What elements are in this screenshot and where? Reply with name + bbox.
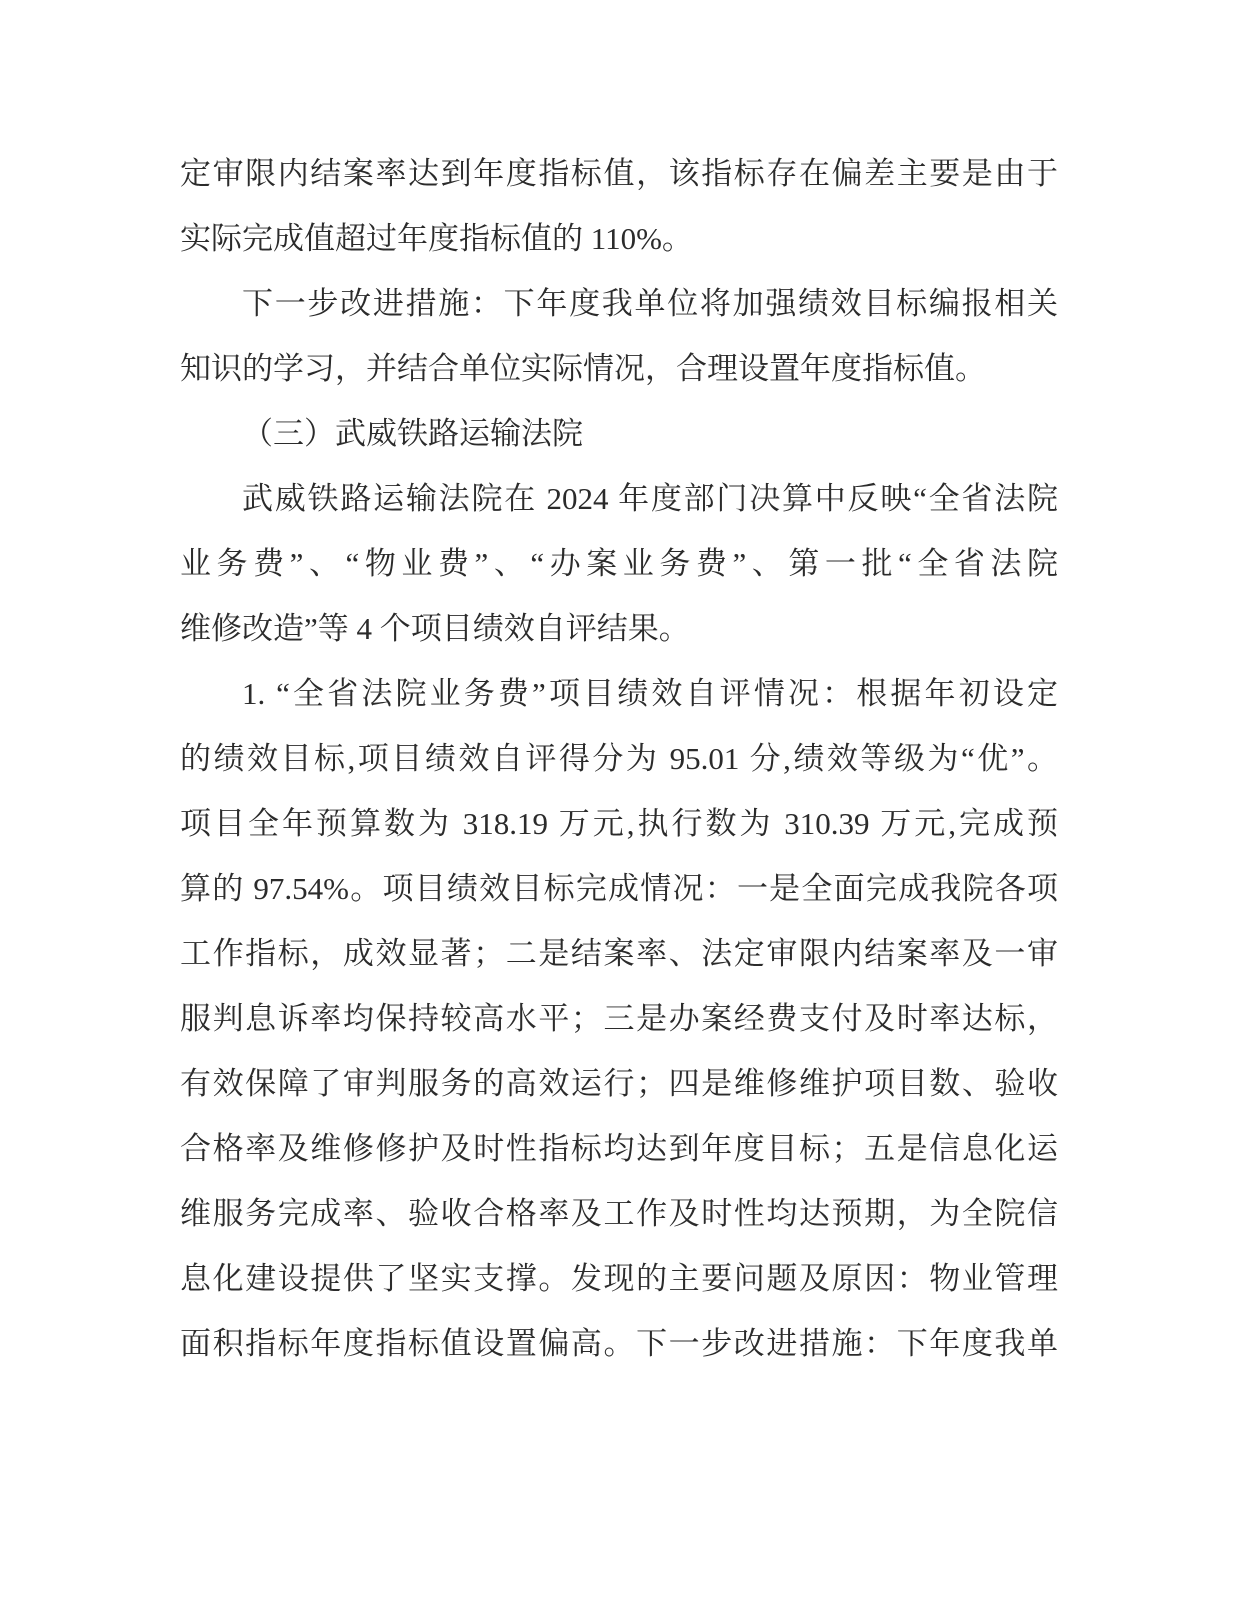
text-block: 定审限内结案率达到年度指标值，该指标存在偏差主要是由于 实际完成值超过年度指标值…	[180, 141, 1058, 1376]
text-line: 武威铁路运输法院在 2024 年度部门决算中反映“全省法院	[180, 466, 1058, 531]
text-line: 算的 97.54%。项目绩效目标完成情况：一是全面完成我院各项	[180, 856, 1058, 921]
text-line: 业务费”、“物业费”、“办案业务费”、第一批“全省法院	[180, 531, 1058, 596]
paragraph-improvement-measures: 下一步改进措施：下年度我单位将加强绩效目标编报相关 知识的学习，并结合单位实际情…	[180, 271, 1058, 401]
text-line: 1. “全省法院业务费”项目绩效自评情况：根据年初设定	[180, 661, 1058, 726]
text-line: 知识的学习，并结合单位实际情况，合理设置年度指标值。	[180, 336, 1058, 401]
text-line: 定审限内结案率达到年度指标值，该指标存在偏差主要是由于	[180, 141, 1058, 206]
text-line: 下一步改进措施：下年度我单位将加强绩效目标编报相关	[180, 271, 1058, 336]
paragraph-project-1-self-eval: 1. “全省法院业务费”项目绩效自评情况：根据年初设定 的绩效目标,项目绩效自评…	[180, 661, 1058, 1376]
text-line: 工作指标，成效显著；二是结案率、法定审限内结案率及一审	[180, 921, 1058, 986]
document-page: 定审限内结案率达到年度指标值，该指标存在偏差主要是由于 实际完成值超过年度指标值…	[0, 0, 1236, 1600]
text-line: 面积指标年度指标值设置偏高。下一步改进措施：下年度我单	[180, 1311, 1058, 1376]
text-line: 服判息诉率均保持较高水平；三是办案经费支付及时率达标，	[180, 986, 1058, 1051]
section-heading-line: （三）武威铁路运输法院	[180, 401, 1058, 466]
section-heading-3: （三）武威铁路运输法院	[180, 401, 1058, 466]
text-line: 维服务完成率、验收合格率及工作及时性均达预期，为全院信	[180, 1181, 1058, 1246]
text-line: 项目全年预算数为 318.19 万元,执行数为 310.39 万元,完成预	[180, 791, 1058, 856]
paragraph-court-intro: 武威铁路运输法院在 2024 年度部门决算中反映“全省法院 业务费”、“物业费”…	[180, 466, 1058, 661]
paragraph-continuation: 定审限内结案率达到年度指标值，该指标存在偏差主要是由于 实际完成值超过年度指标值…	[180, 141, 1058, 271]
text-line: 的绩效目标,项目绩效自评得分为 95.01 分,绩效等级为“优”。	[180, 726, 1058, 791]
text-line: 息化建设提供了坚实支撑。发现的主要问题及原因：物业管理	[180, 1246, 1058, 1311]
text-line: 维修改造”等 4 个项目绩效自评结果。	[180, 596, 1058, 661]
text-line: 实际完成值超过年度指标值的 110%。	[180, 206, 1058, 271]
text-line: 合格率及维修修护及时性指标均达到年度目标；五是信息化运	[180, 1116, 1058, 1181]
text-line: 有效保障了审判服务的高效运行；四是维修维护项目数、验收	[180, 1051, 1058, 1116]
